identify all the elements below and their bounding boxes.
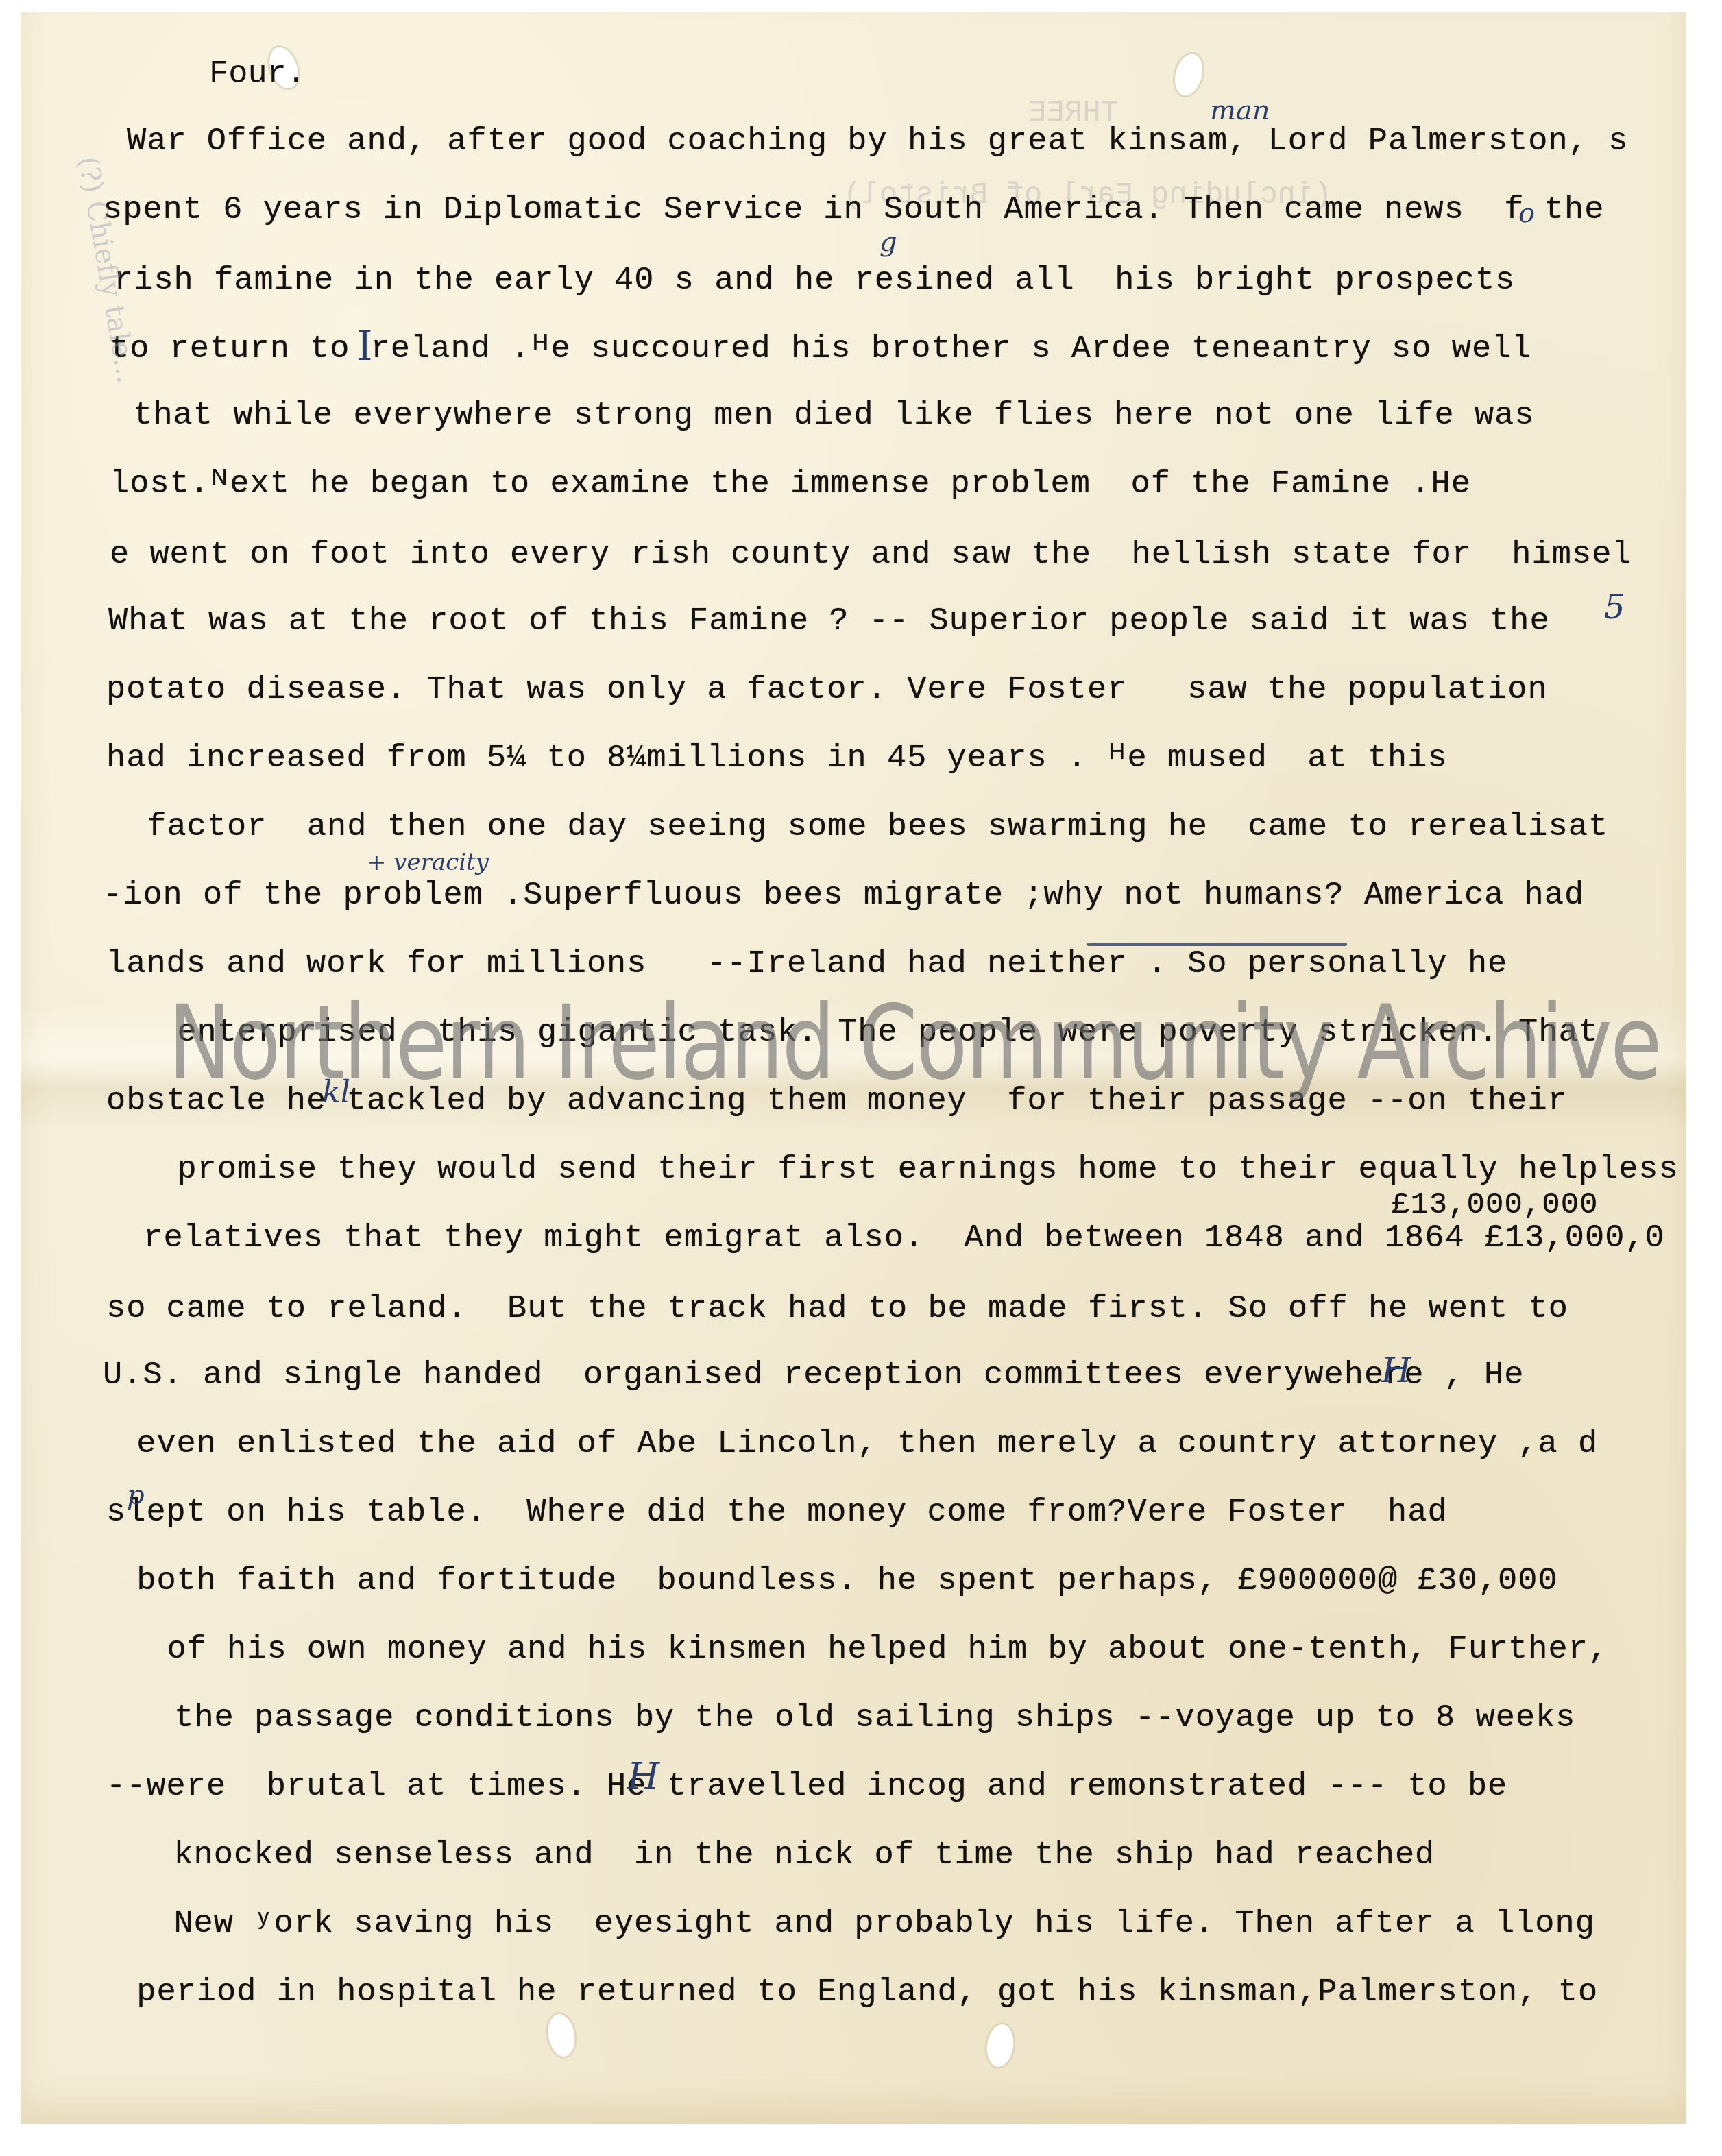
page-heading: Four. — [209, 56, 306, 93]
text-line: War Office and, after good coaching by h… — [127, 123, 1628, 160]
handwritten-correction: g — [880, 226, 897, 258]
text-line: lands and work for millions --Ireland ha… — [106, 946, 1507, 982]
handwritten-correction: p — [127, 1479, 145, 1511]
text-line: ⁲rish famine in the early 40 s and he re… — [113, 261, 1515, 299]
text-line: period in hospital he returned to Englan… — [117, 1974, 1598, 2011]
interlinear-amount: £13,000,000 — [1392, 1188, 1598, 1222]
text-line: lost.ᴺext he began to examine the immens… — [110, 466, 1471, 502]
text-line: had increased from 5¼ to 8¼millions in 4… — [106, 740, 1448, 777]
text-line: even enlisted the aid of Abe Lincoln, th… — [117, 1426, 1598, 1462]
text-line: knocked senseless and in the nick of tim… — [134, 1837, 1435, 1874]
text-line: --were brutal at times. He travelled inc… — [106, 1769, 1507, 1805]
text-line: the passage conditions by the old sailin… — [154, 1700, 1576, 1736]
text-line: relatives that they might emigrat also. … — [123, 1220, 1665, 1257]
text-line: that while everywhere strong men died li… — [113, 398, 1535, 434]
text-line: promise they would send their first earn… — [137, 1152, 1679, 1188]
text-line: so came to ⁲reland. But the track had to… — [106, 1289, 1568, 1327]
handwritten-correction: H — [627, 1755, 659, 1798]
text-line: -ion of the problem .Superfluous bees mi… — [103, 877, 1584, 914]
text-line: U.S. and single handed organised recepti… — [103, 1357, 1525, 1394]
text-line: e went on foot into every ⁲rish county a… — [110, 535, 1632, 573]
handwritten-correction: I — [356, 322, 373, 370]
text-line: to return to ⁲reland .ᴴe succoured his b… — [110, 329, 1532, 367]
handwritten-correction: o — [1518, 197, 1535, 229]
handwritten-correction: H — [1381, 1350, 1411, 1390]
handwritten-correction: man — [1210, 95, 1270, 126]
pen-overline-mark — [1087, 943, 1347, 946]
text-line: New ʸork saving his eyesight and probabl… — [134, 1906, 1595, 1942]
text-line: factor and then one day seeing some bees… — [127, 809, 1608, 845]
text-line: potato disease. That was only a factor. … — [106, 672, 1548, 708]
archive-watermark: Northern Ireland Community Archive — [168, 984, 1660, 1103]
handwritten-correction: + veracity — [367, 849, 489, 876]
handwritten-correction: 5 — [1604, 588, 1625, 627]
text-line: of his own money and his kinsmen helped … — [127, 1632, 1608, 1668]
punch-hole-top-right — [1171, 51, 1207, 99]
punch-hole-bottom-right — [984, 2023, 1016, 2069]
text-line: spent 6 years in Diplomatic Service in S… — [103, 192, 1604, 228]
text-line: both faith and fortitude boundless. he s… — [117, 1563, 1558, 1599]
punch-hole-bottom-left — [545, 2012, 578, 2059]
text-line: What was at the root of this Famine ? --… — [108, 603, 1550, 640]
text-line: slept on his table. Where did the money … — [106, 1494, 1448, 1531]
